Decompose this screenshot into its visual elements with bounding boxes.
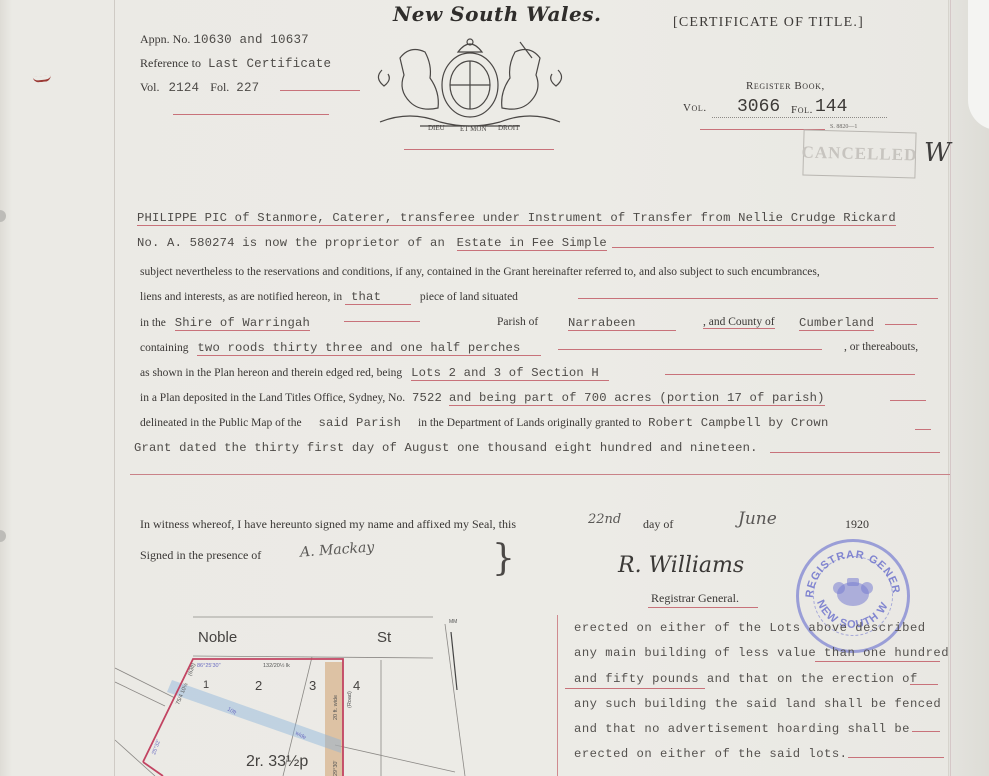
svg-text:20 ft. wide: 20 ft. wide — [333, 695, 339, 720]
grant-date-line: Grant dated the thirty first day of Augu… — [134, 441, 758, 455]
svg-text:1: 1 — [203, 679, 209, 691]
rule — [280, 90, 360, 91]
delineated-line: delineated in the Public Map of the said… — [140, 416, 828, 430]
liens-value: that — [345, 290, 411, 305]
svg-text:132/20½ lk: 132/20½ lk — [263, 662, 290, 669]
rule — [578, 298, 938, 299]
svg-text:(63ft): (63ft) — [187, 662, 197, 676]
registrar-title: Registrar General. — [651, 591, 739, 606]
rule — [404, 149, 554, 150]
registrar-general-seal: REGISTRAR GENERAL NEW SOUTH WALES — [796, 539, 910, 653]
condition-line: and fifty pounds and that on the erectio… — [574, 672, 918, 686]
plan-line: as shown in the Plan hereon and therein … — [140, 366, 609, 380]
registrar-signature: R. Williams — [618, 553, 744, 578]
condition-line: any main building of less value than one… — [574, 646, 949, 660]
svg-text:MM: MM — [449, 619, 457, 625]
document-heading: New South Wales. — [393, 2, 601, 26]
deposited-line: in a Plan deposited in the Land Titles O… — [140, 391, 825, 405]
svg-text:2: 2 — [255, 678, 262, 693]
north-arrow-icon — [451, 632, 457, 690]
liens-line: liens and interests, as are notified her… — [140, 290, 518, 305]
year-value: 1920 — [845, 517, 869, 532]
day-value: 22nd — [588, 512, 621, 527]
cancelled-stamp: CANCELLED — [802, 130, 916, 179]
conditions-margin-rule — [557, 615, 558, 776]
register-vol-label: Vol. — [683, 102, 707, 114]
svg-text:3: 3 — [309, 678, 316, 693]
rule — [848, 757, 944, 758]
appn-label: Appn. No. — [140, 32, 190, 46]
register-fol-value: 144 — [815, 97, 847, 117]
delineated-label: delineated in the Public Map of the — [140, 417, 302, 429]
deposited-label: in a Plan deposited in the Land Titles O… — [140, 392, 405, 404]
land-plan-diagram: MM Noble St 1 2 3 4 2r. 33½p 86°25'30" 1… — [115, 610, 555, 776]
rule — [565, 688, 705, 689]
svg-text:86°25'30": 86°25'30" — [197, 663, 221, 669]
vol-label: Vol. — [140, 80, 159, 94]
previous-vol-fol: Vol. 2124 Fol. 227 — [140, 76, 259, 99]
instrument-number: No. A. 580274 is now the proprietor of a… — [137, 236, 445, 250]
grantee-value: Robert Campbell by Crown — [648, 416, 828, 430]
rule — [344, 321, 420, 322]
month-value: June — [738, 509, 777, 529]
estate-type: Estate in Fee Simple — [457, 236, 607, 251]
portion-value: and being part of 700 acres (portion 17 … — [449, 391, 825, 406]
plan-label: as shown in the Plan hereon and therein … — [140, 367, 402, 379]
map-value: said Parish — [318, 416, 401, 430]
area-value: two roods thirty three and one half perc… — [197, 341, 540, 356]
rule — [910, 684, 938, 685]
svg-text:DIEU: DIEU — [428, 124, 445, 132]
rule — [648, 607, 758, 608]
svg-text:2r. 33½p: 2r. 33½p — [246, 753, 308, 770]
condition-line: any such building the said land shall be… — [574, 697, 941, 711]
liens-label: liens and interests, as are notified her… — [140, 291, 342, 303]
rule — [890, 400, 926, 401]
condition-line: erected on either of the Lots above desc… — [574, 621, 926, 635]
register-fol-label: Fol. — [791, 104, 813, 116]
form-code: S. 8820—1 — [830, 124, 857, 130]
svg-text:ET MON: ET MON — [460, 125, 487, 133]
rule — [612, 247, 934, 248]
reference-line: Reference to Last Certificate — [140, 52, 331, 75]
margin-initial: W — [924, 138, 951, 168]
rule — [912, 731, 940, 732]
section-divider — [130, 474, 950, 475]
proprietor-line-2: No. A. 580274 is now the proprietor of a… — [137, 236, 607, 250]
parish-value: Narrabeen — [568, 316, 676, 331]
situated-label: piece of land situated — [420, 291, 518, 303]
register-book-label: Register Book, — [746, 80, 825, 92]
witness-clause: In witness whereof, I have hereunto sign… — [140, 517, 516, 532]
day-of-label: day of — [643, 517, 673, 532]
plan-number: 7522 — [412, 391, 442, 405]
svg-text:4: 4 — [353, 678, 360, 693]
reference-value: Last Certificate — [208, 57, 331, 71]
subject-clause: subject nevertheless to the reservations… — [140, 266, 820, 278]
svg-text:St: St — [377, 629, 392, 646]
rule — [770, 452, 940, 453]
rule — [558, 349, 822, 350]
svg-text:DROIT: DROIT — [498, 124, 520, 132]
brace: } — [492, 538, 515, 579]
county-value: Cumberland — [799, 316, 874, 331]
proprietor-statement: PHILIPPE PIC of Stanmore, Caterer, trans… — [137, 211, 896, 226]
rule — [815, 661, 940, 662]
department-label: in the Department of Lands originally gr… — [418, 417, 641, 429]
condition-line: and that no advertisement hoarding shall… — [574, 722, 910, 736]
county-label: , and County of — [703, 316, 775, 329]
rule — [915, 429, 931, 430]
dotted-rule — [712, 117, 887, 118]
thereabouts-label: , or thereabouts, — [844, 341, 918, 353]
condition-line: erected on either of the said lots. — [574, 747, 847, 761]
svg-text:Noble: Noble — [198, 629, 237, 646]
svg-text:(Road): (Road) — [347, 691, 353, 708]
register-vol-value: 3066 — [737, 97, 780, 117]
appn-value: 10630 and 10637 — [193, 33, 309, 47]
page-curl — [968, 0, 989, 130]
presence-label: Signed in the presence of — [140, 548, 261, 563]
shire-value: Shire of Warringah — [175, 316, 310, 331]
right-margin-rule — [950, 0, 951, 776]
parish-label: Parish of — [497, 316, 538, 328]
svg-text:29°30': 29°30' — [333, 761, 339, 776]
fol-value: 227 — [236, 81, 259, 95]
containing-label: containing — [140, 342, 189, 354]
vol-value: 2124 — [168, 81, 199, 95]
in-the-label: in the — [140, 317, 166, 329]
royal-coat-of-arms-icon: DIEU ET MON DROIT — [370, 30, 570, 135]
rule — [173, 114, 329, 115]
location-line: in the Shire of Warringah — [140, 316, 310, 330]
rule — [885, 324, 917, 325]
lots-value: Lots 2 and 3 of Section H — [411, 366, 609, 381]
proprietor-line-1: PHILIPPE PIC of Stanmore, Caterer, trans… — [137, 211, 896, 225]
fol-label: Fol. — [210, 80, 229, 94]
certificate-title: [CERTIFICATE OF TITLE.] — [673, 15, 864, 31]
reference-label: Reference to — [140, 56, 201, 70]
rule — [665, 374, 915, 375]
containing-line: containing two roods thirty three and on… — [140, 341, 541, 355]
application-number: Appn. No. 10630 and 10637 — [140, 28, 309, 51]
